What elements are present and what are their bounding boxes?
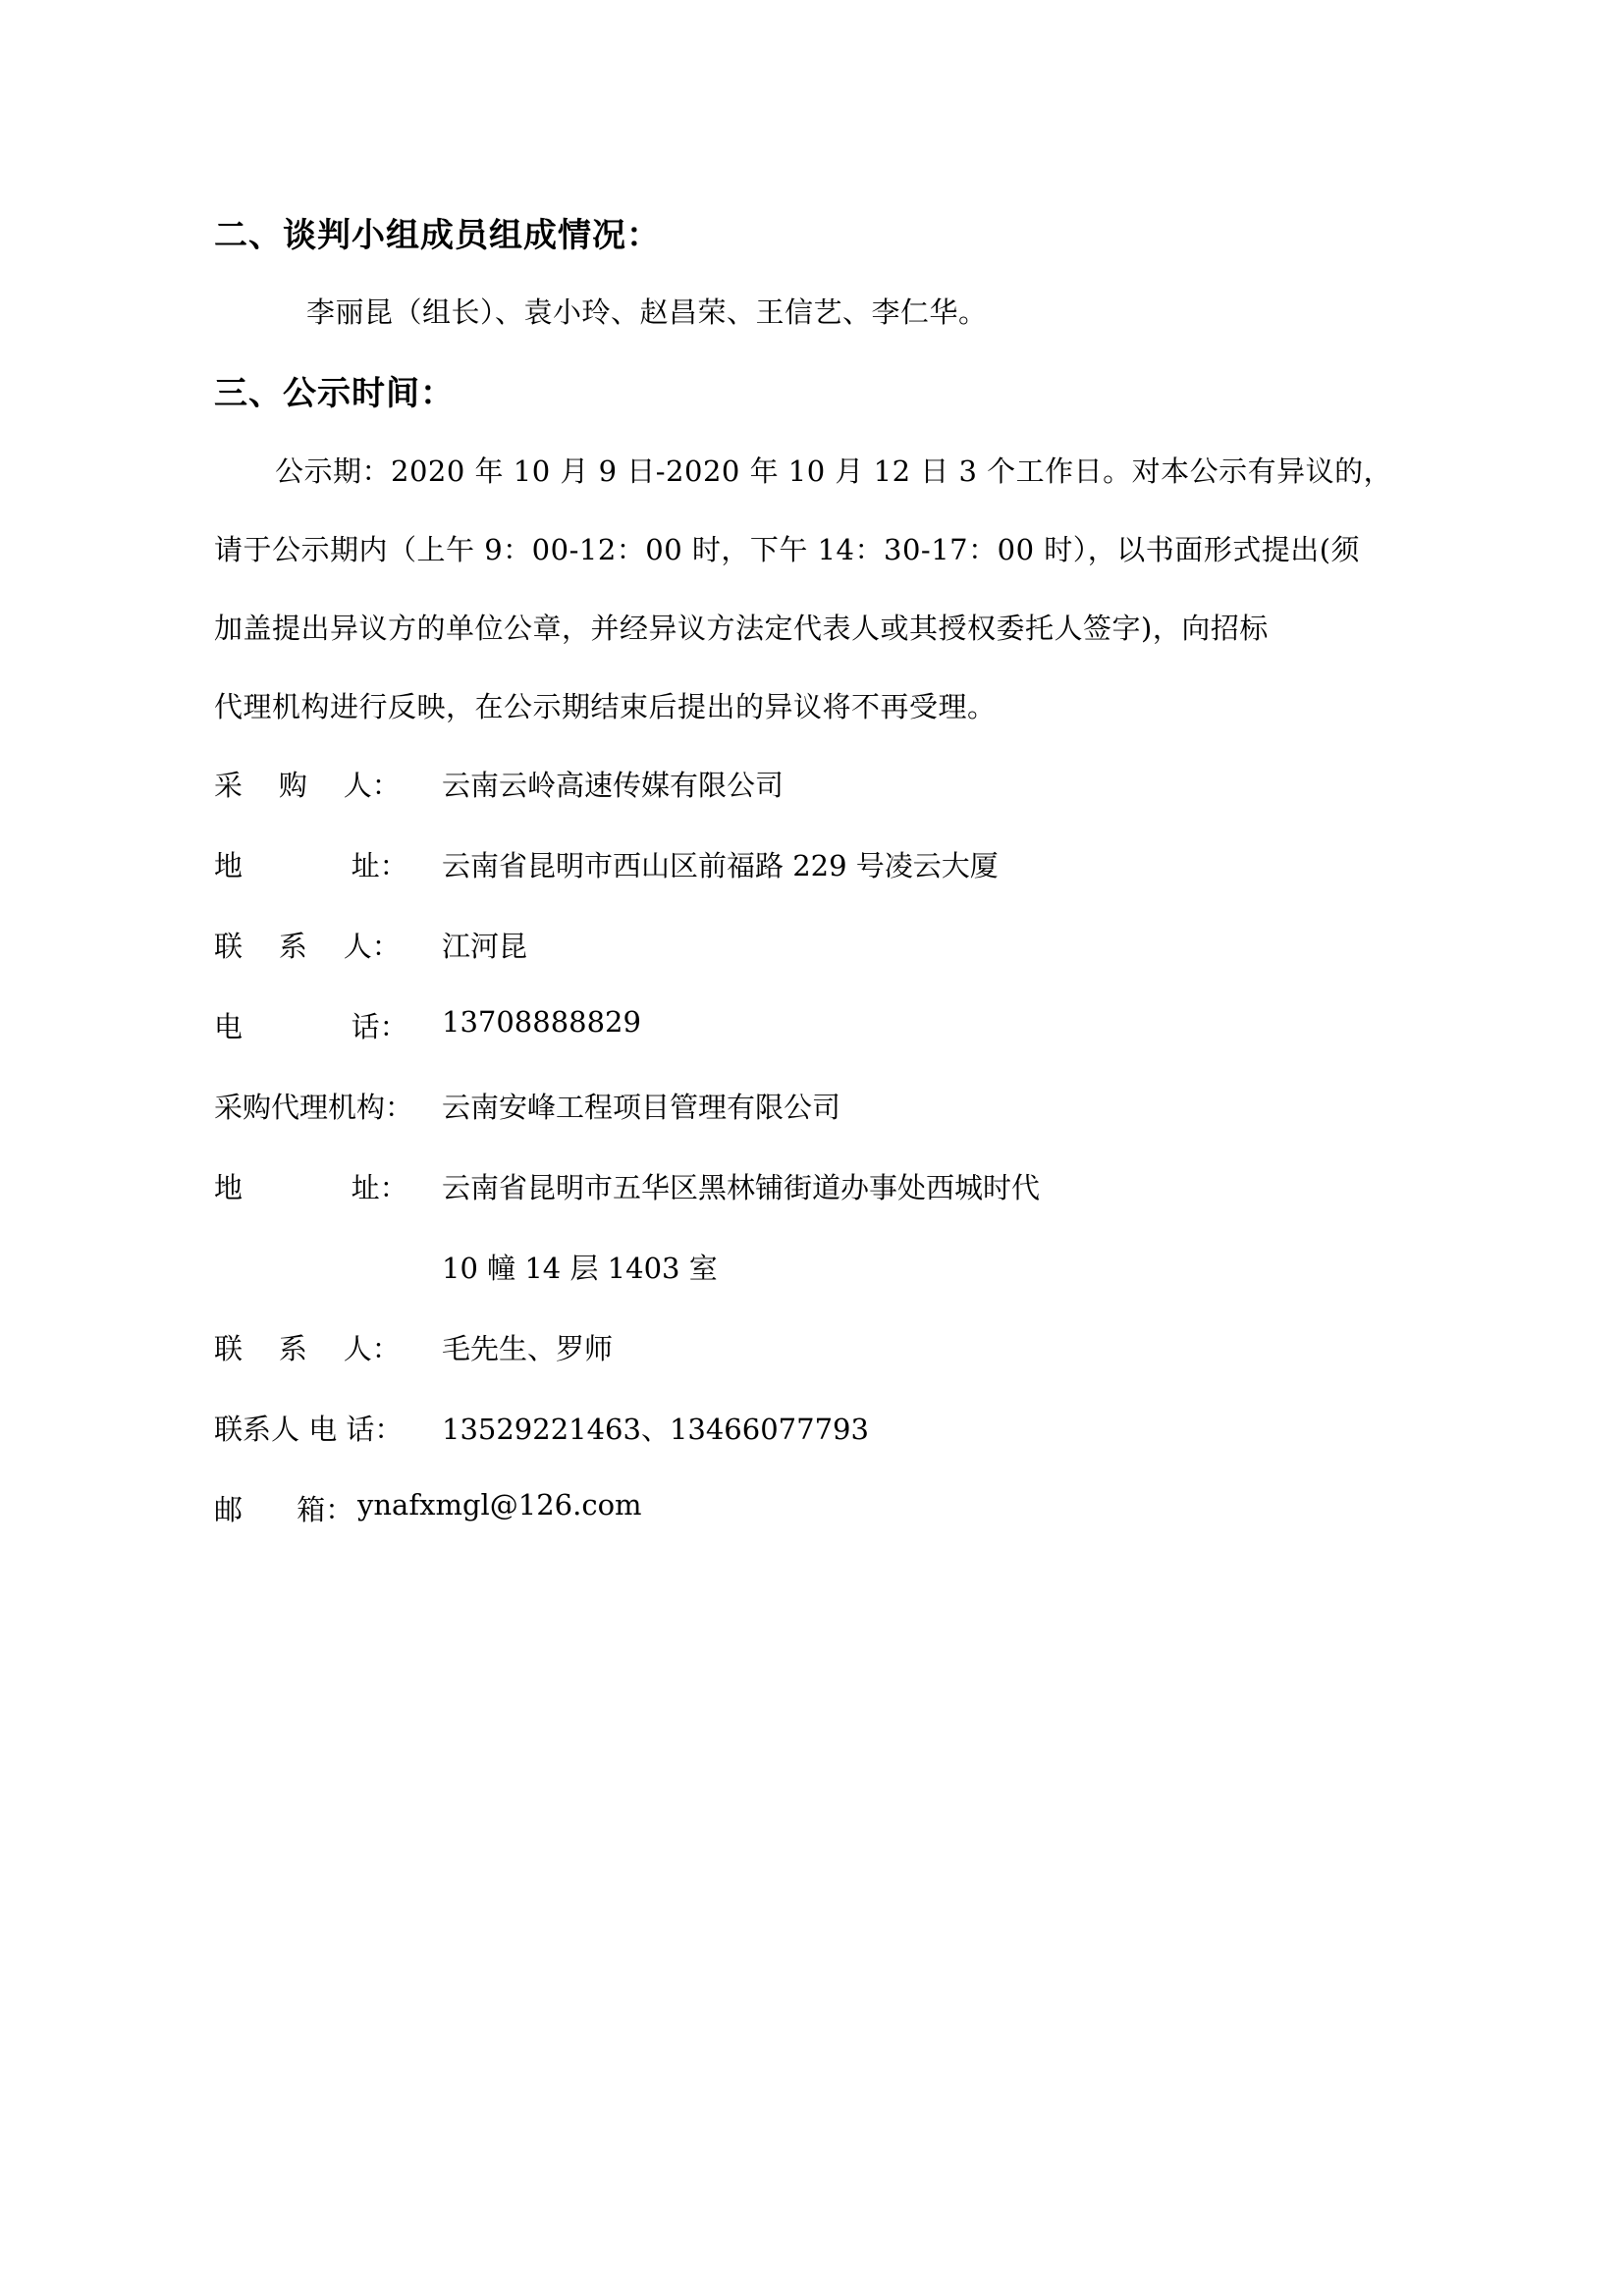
contact-label: 联 系 人： xyxy=(214,925,442,965)
publicity-period-line-2: 请于公示期内（上午 9：00-12：00 时，下午 14：30-17：00 时）… xyxy=(214,528,1360,568)
contact-value: 云南安峰工程项目管理有限公司 xyxy=(442,1086,840,1126)
contact-label: 联 系 人： xyxy=(214,1327,442,1367)
contact-label: 电 话： xyxy=(214,1005,442,1045)
contact-value: ynafxmgl@126.com xyxy=(357,1488,642,1528)
contact-value: 云南云岭高速传媒有限公司 xyxy=(442,764,784,804)
contact-value: 13529221463、13466077793 xyxy=(442,1408,869,1448)
section-2-heading: 二、谈判小组成员组成情况： xyxy=(214,208,661,256)
publicity-period-line-4: 代理机构进行反映，在公示期结束后提出的异议将不再受理。 xyxy=(214,685,997,725)
contact-row-email: 邮 箱： ynafxmgl@126.com xyxy=(214,1488,642,1528)
contact-label: 采购代理机构： xyxy=(214,1086,442,1126)
contact-value: 10 幢 14 层 1403 室 xyxy=(442,1247,718,1287)
contact-value: 毛先生、罗师 xyxy=(442,1327,613,1367)
contact-row-purchaser-phone: 电 话： 13708888829 xyxy=(214,1005,641,1045)
contact-row-agency-address-cont: 10 幢 14 层 1403 室 xyxy=(214,1247,718,1287)
contact-value: 江河昆 xyxy=(442,925,527,965)
contact-row-purchaser-contact: 联 系 人： 江河昆 xyxy=(214,925,527,965)
contact-row-agency-address: 地 址： 云南省昆明市五华区黑林铺街道办事处西城时代 xyxy=(214,1166,1040,1206)
contact-label: 联系人 电 话： xyxy=(214,1408,442,1448)
contact-row-purchaser-address: 地 址： 云南省昆明市西山区前福路 229 号凌云大厦 xyxy=(214,844,999,884)
negotiation-team-members: 李丽昆（组长）、袁小玲、赵昌荣、王信艺、李仁华。 xyxy=(306,291,988,331)
contact-label: 地 址： xyxy=(214,1166,442,1206)
contact-row-agency-phone: 联系人 电 话： 13529221463、13466077793 xyxy=(214,1408,869,1448)
publicity-period-line-1: 公示期：2020 年 10 月 9 日-2020 年 10 月 12 日 3 个… xyxy=(275,450,1392,490)
contact-label: 地 址： xyxy=(214,844,442,884)
contact-label xyxy=(214,1247,442,1287)
section-3-heading: 三、公示时间： xyxy=(214,366,455,414)
contact-value: 13708888829 xyxy=(442,1005,641,1045)
contact-value: 云南省昆明市五华区黑林铺街道办事处西城时代 xyxy=(442,1166,1040,1206)
contact-row-agency-contact: 联 系 人： 毛先生、罗师 xyxy=(214,1327,613,1367)
contact-row-purchaser: 采 购 人： 云南云岭高速传媒有限公司 xyxy=(214,764,784,804)
contact-label: 采 购 人： xyxy=(214,764,442,804)
contact-row-agency: 采购代理机构： 云南安峰工程项目管理有限公司 xyxy=(214,1086,840,1126)
contact-label: 邮 箱： xyxy=(214,1488,357,1528)
contact-value: 云南省昆明市西山区前福路 229 号凌云大厦 xyxy=(442,844,999,884)
publicity-period-line-3: 加盖提出异议方的单位公章，并经异议方法定代表人或其授权委托人签字)，向招标 xyxy=(214,607,1269,647)
